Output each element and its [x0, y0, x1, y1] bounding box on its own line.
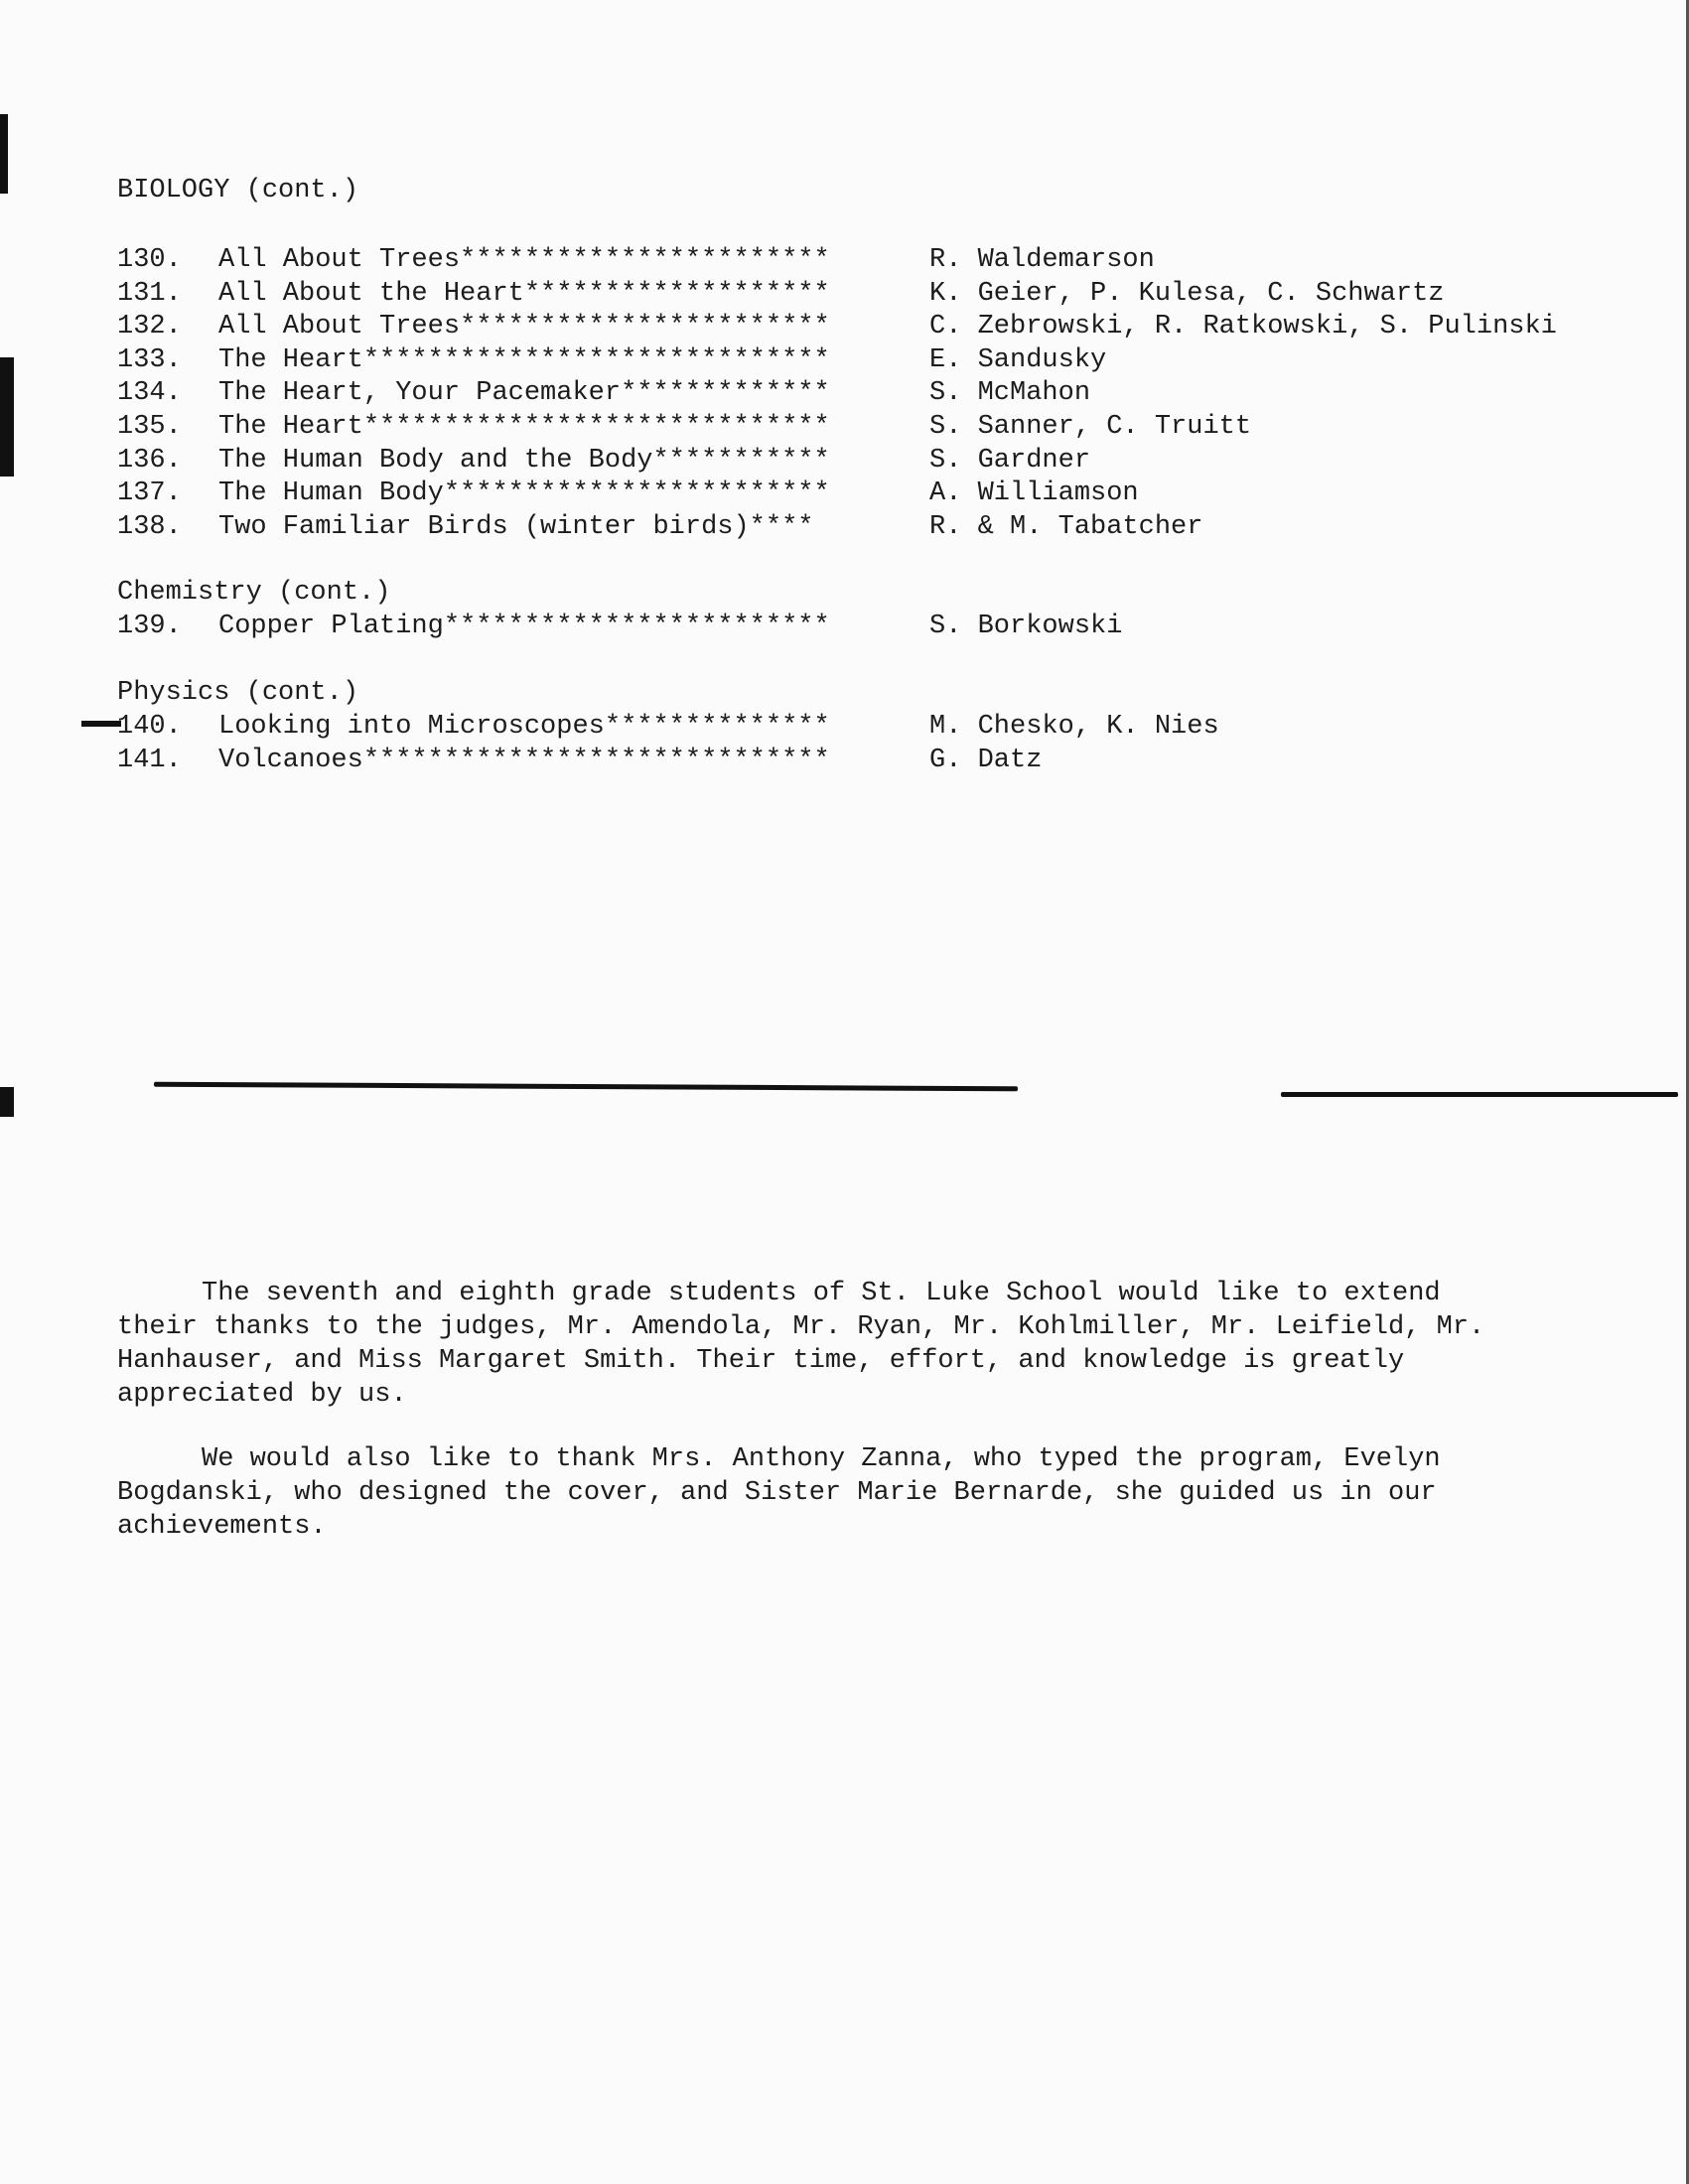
entry-num: 139.: [117, 611, 216, 644]
entry-num: 138.: [117, 511, 216, 545]
entry-num: 133.: [117, 344, 216, 378]
entry-author: C. Zebrowski, R. Ratkowski, S. Pulinski: [929, 311, 1557, 344]
entry-title: The Heart, Your Pacemaker*************: [218, 377, 948, 411]
entry-author: A. Williamson: [929, 478, 1139, 511]
entry-title: All About Trees***********************: [218, 311, 948, 344]
entry-title: The Heart*****************************: [218, 344, 948, 378]
entry-title: All About Trees***********************: [218, 244, 948, 278]
entry-num: 136.: [117, 445, 216, 478]
entry-author: E. Sandusky: [929, 344, 1106, 378]
acknowledgement-text: The seventh and eighth grade students of…: [117, 1279, 1484, 1410]
entry-author: M. Chesko, K. Nies: [929, 711, 1219, 745]
entry-author: S. Sanner, C. Truitt: [929, 411, 1251, 445]
acknowledgement-paragraph: The seventh and eighth grade students of…: [117, 1277, 1487, 1412]
entry-title: The Human Body and the Body***********: [218, 445, 948, 478]
entry-title: All About the Heart*******************: [218, 278, 948, 312]
entry-author: S. McMahon: [929, 377, 1090, 411]
section-heading-chemistry: Chemistry (cont.): [117, 577, 390, 611]
entry-author: K. Geier, P. Kulesa, C. Schwartz: [929, 278, 1444, 312]
entry-title: The Human Body************************: [218, 478, 948, 511]
scan-artifact: [0, 114, 8, 194]
entry-author: R. & M. Tabatcher: [929, 511, 1202, 545]
acknowledgement-paragraph: We would also like to thank Mrs. Anthony…: [117, 1442, 1487, 1544]
entry-num: 135.: [117, 411, 216, 445]
entry-num: 140.: [117, 711, 216, 745]
entry-num: 131.: [117, 278, 216, 312]
section-heading-physics: Physics (cont.): [117, 677, 358, 711]
entry-author: R. Waldemarson: [929, 244, 1155, 278]
entry-title: The Heart*****************************: [218, 411, 948, 445]
divider-line: [1281, 1092, 1678, 1097]
entry-title: Copper Plating************************: [218, 611, 948, 644]
divider-line: [154, 1082, 1018, 1092]
section-heading-biology: BIOLOGY (cont.): [117, 175, 358, 208]
scan-artifact: [0, 357, 14, 477]
entry-num: 141.: [117, 745, 216, 778]
acknowledgement-text: We would also like to thank Mrs. Anthony…: [117, 1444, 1441, 1542]
entry-num: 137.: [117, 478, 216, 511]
entry-title: Looking into Microscopes**************: [218, 711, 948, 745]
entry-num: 132.: [117, 311, 216, 344]
arrow-mark: [81, 721, 121, 727]
entry-author: S. Gardner: [929, 445, 1090, 478]
entry-num: 134.: [117, 377, 216, 411]
entry-title: Volcanoes*****************************: [218, 745, 948, 778]
entry-author: G. Datz: [929, 745, 1042, 778]
entry-num: 130.: [117, 244, 216, 278]
entry-title: Two Familiar Birds (winter birds)****: [218, 511, 948, 545]
scan-artifact: [0, 1087, 14, 1117]
entry-author: S. Borkowski: [929, 611, 1122, 644]
document-page: BIOLOGY (cont.) 130.All About Trees*****…: [0, 0, 1689, 2184]
